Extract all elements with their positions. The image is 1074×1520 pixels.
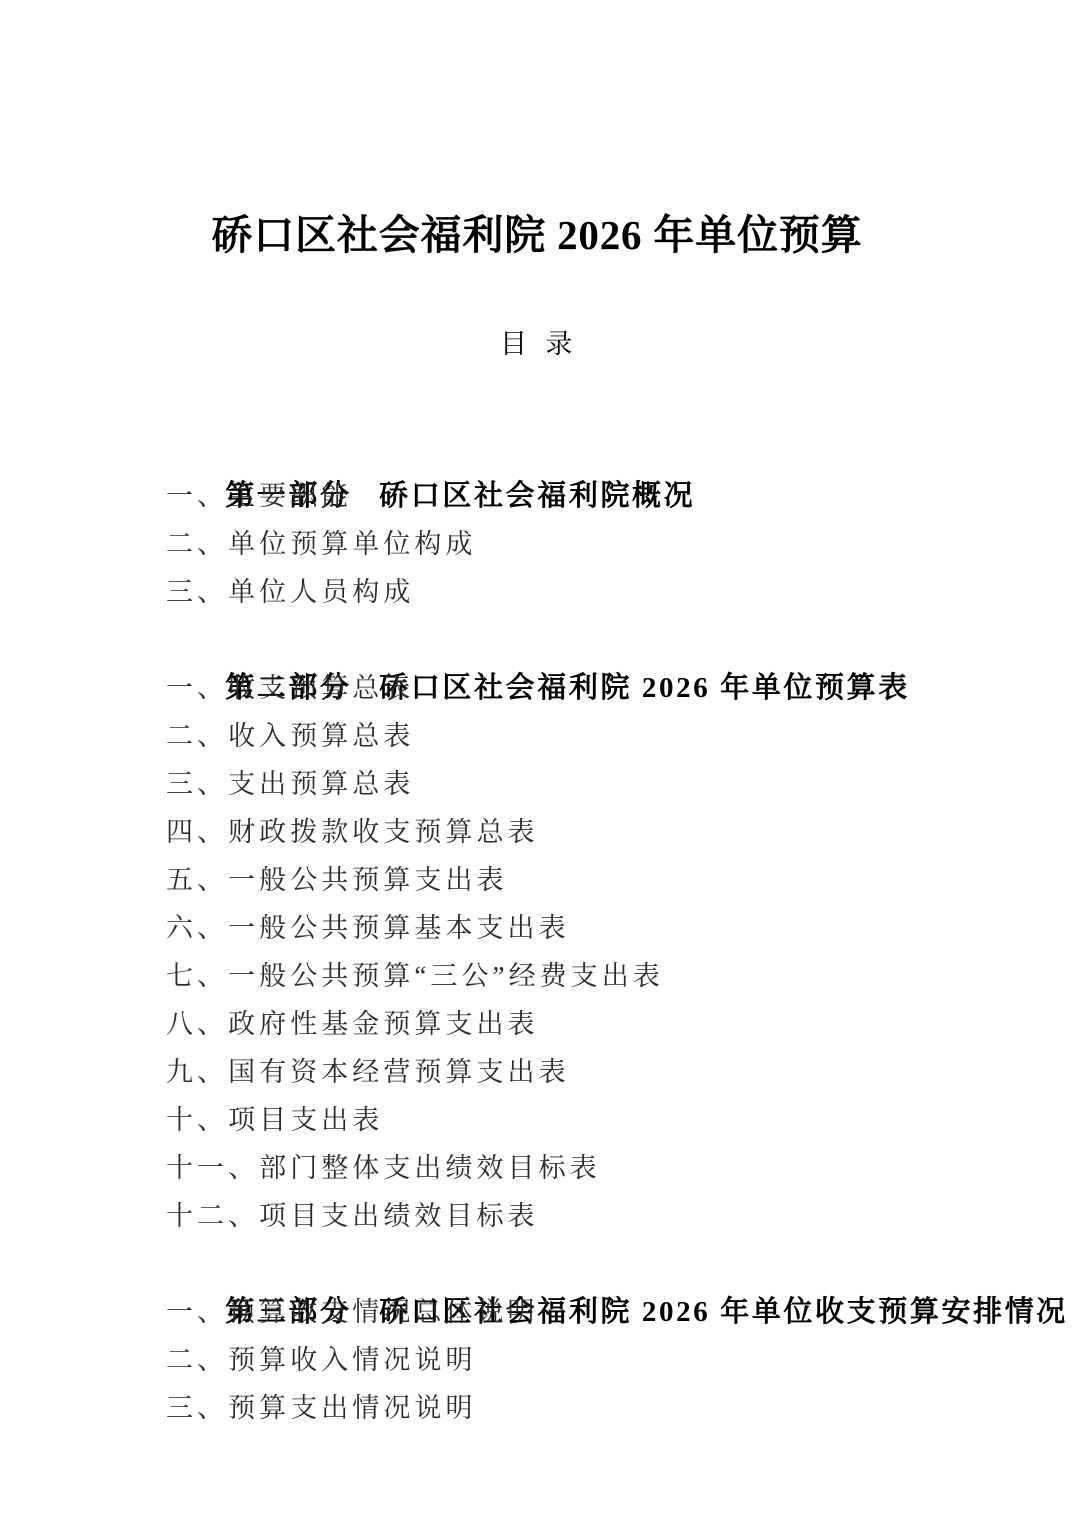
toc-item: 五、一般公共预算支出表 <box>166 856 994 904</box>
toc-item: 九、国有资本经营预算支出表 <box>166 1048 994 1096</box>
toc-item: 二、预算收入情况说明 <box>166 1336 994 1384</box>
toc-item: 二、单位预算单位构成 <box>166 520 994 568</box>
toc-item: 七、一般公共预算“三公”经费支出表 <box>166 952 994 1000</box>
toc-item: 四、财政拨款收支预算总表 <box>166 808 994 856</box>
toc-section-heading-part3: 第三部分硚口区社会福利院 2026 年单位收支预算安排情况 <box>166 1240 994 1288</box>
toc-item: 三、单位人员构成 <box>166 568 994 616</box>
toc-heading: 目 录 <box>0 327 1074 362</box>
toc-item: 三、预算支出情况说明 <box>166 1384 994 1432</box>
toc-item: 二、收入预算总表 <box>166 712 994 760</box>
toc-item: 八、政府性基金预算支出表 <box>166 1000 994 1048</box>
document-title: 硚口区社会福利院 2026 年单位预算 <box>0 212 1074 259</box>
toc-section-heading-part2: 第二部分硚口区社会福利院 2026 年单位预算表 <box>166 616 994 664</box>
toc-item: 三、支出预算总表 <box>166 760 994 808</box>
document-page: 硚口区社会福利院 2026 年单位预算 目 录 第一部分硚口区社会福利院概况 一… <box>0 0 1074 1520</box>
toc-item: 十、项目支出表 <box>166 1096 994 1144</box>
toc-item: 十二、项目支出绩效目标表 <box>166 1192 994 1240</box>
toc-section-title: 硚口区社会福利院 2026 年单位预算表 <box>379 672 910 704</box>
toc-item: 十一、部门整体支出绩效目标表 <box>166 1144 994 1192</box>
toc-section-heading-part1: 第一部分硚口区社会福利院概况 <box>166 424 994 472</box>
toc-section-title: 硚口区社会福利院概况 <box>379 480 695 512</box>
toc-item: 六、一般公共预算基本支出表 <box>166 904 994 952</box>
table-of-contents: 第一部分硚口区社会福利院概况 一、主要职能 二、单位预算单位构成 三、单位人员构… <box>166 424 994 1432</box>
